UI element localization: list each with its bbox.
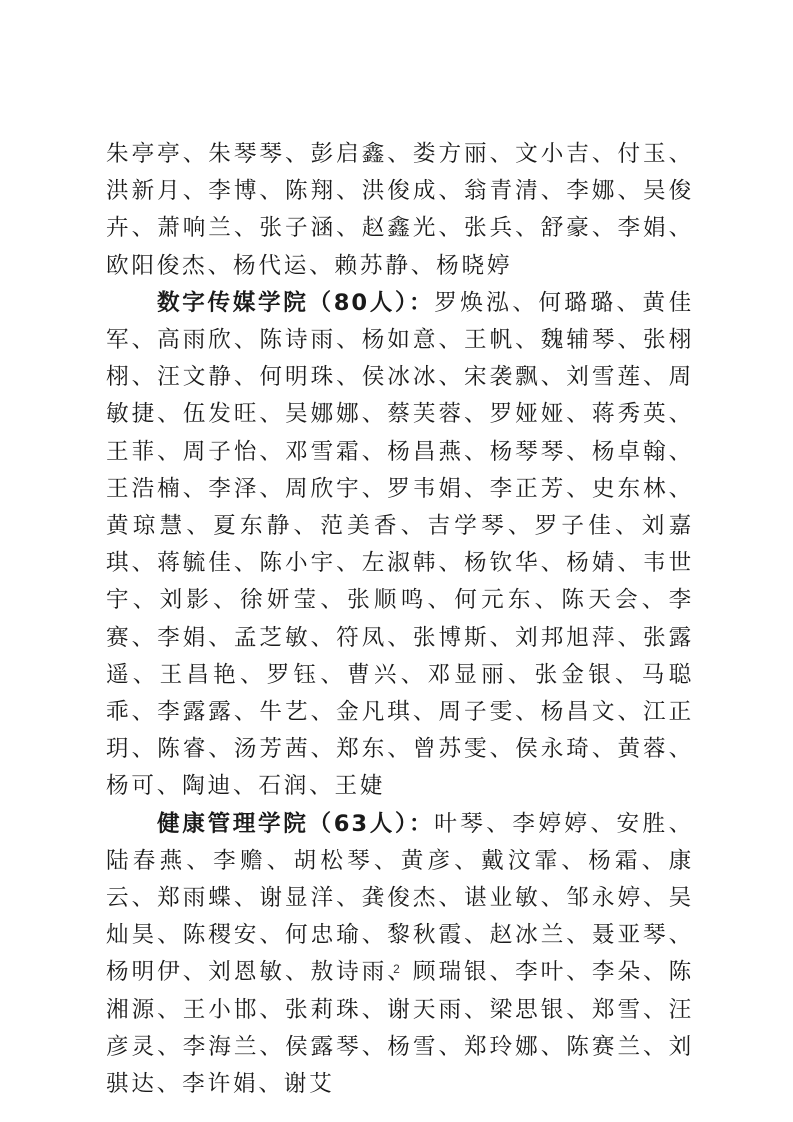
health-management-college-paragraph: 健康管理学院（63人）：叶琴、李婷婷、安胜、陆春燕、李赡、胡松琴、黄彦、戴汶霏、…	[106, 806, 694, 1104]
section-title-digital-media: 数字传媒学院（80人）：	[157, 290, 434, 316]
section-title-health-management: 健康管理学院（63人）：	[157, 811, 434, 837]
name-list: 罗焕泓、何璐璐、黄佳军、高雨欣、陈诗雨、杨如意、王帆、魏辅琴、张栩栩、汪文静、何…	[106, 290, 694, 800]
page-number: 2	[0, 962, 793, 976]
name-list: 朱亭亭、朱琴琴、彭启鑫、娄方丽、文小吉、付玉、洪新月、李博、陈翔、洪俊成、翁青清…	[106, 141, 694, 279]
document-page: 朱亭亭、朱琴琴、彭启鑫、娄方丽、文小吉、付玉、洪新月、李博、陈翔、洪俊成、翁青清…	[0, 0, 793, 1122]
document-body: 朱亭亭、朱琴琴、彭启鑫、娄方丽、文小吉、付玉、洪新月、李博、陈翔、洪俊成、翁青清…	[106, 136, 694, 1103]
digital-media-college-paragraph: 数字传媒学院（80人）：罗焕泓、何璐璐、黄佳军、高雨欣、陈诗雨、杨如意、王帆、魏…	[106, 285, 694, 806]
name-list-paragraph-continued: 朱亭亭、朱琴琴、彭启鑫、娄方丽、文小吉、付玉、洪新月、李博、陈翔、洪俊成、翁青清…	[106, 136, 694, 285]
name-list: 叶琴、李婷婷、安胜、陆春燕、李赡、胡松琴、黄彦、戴汶霏、杨霜、康云、郑雨蝶、谢显…	[106, 811, 694, 1097]
